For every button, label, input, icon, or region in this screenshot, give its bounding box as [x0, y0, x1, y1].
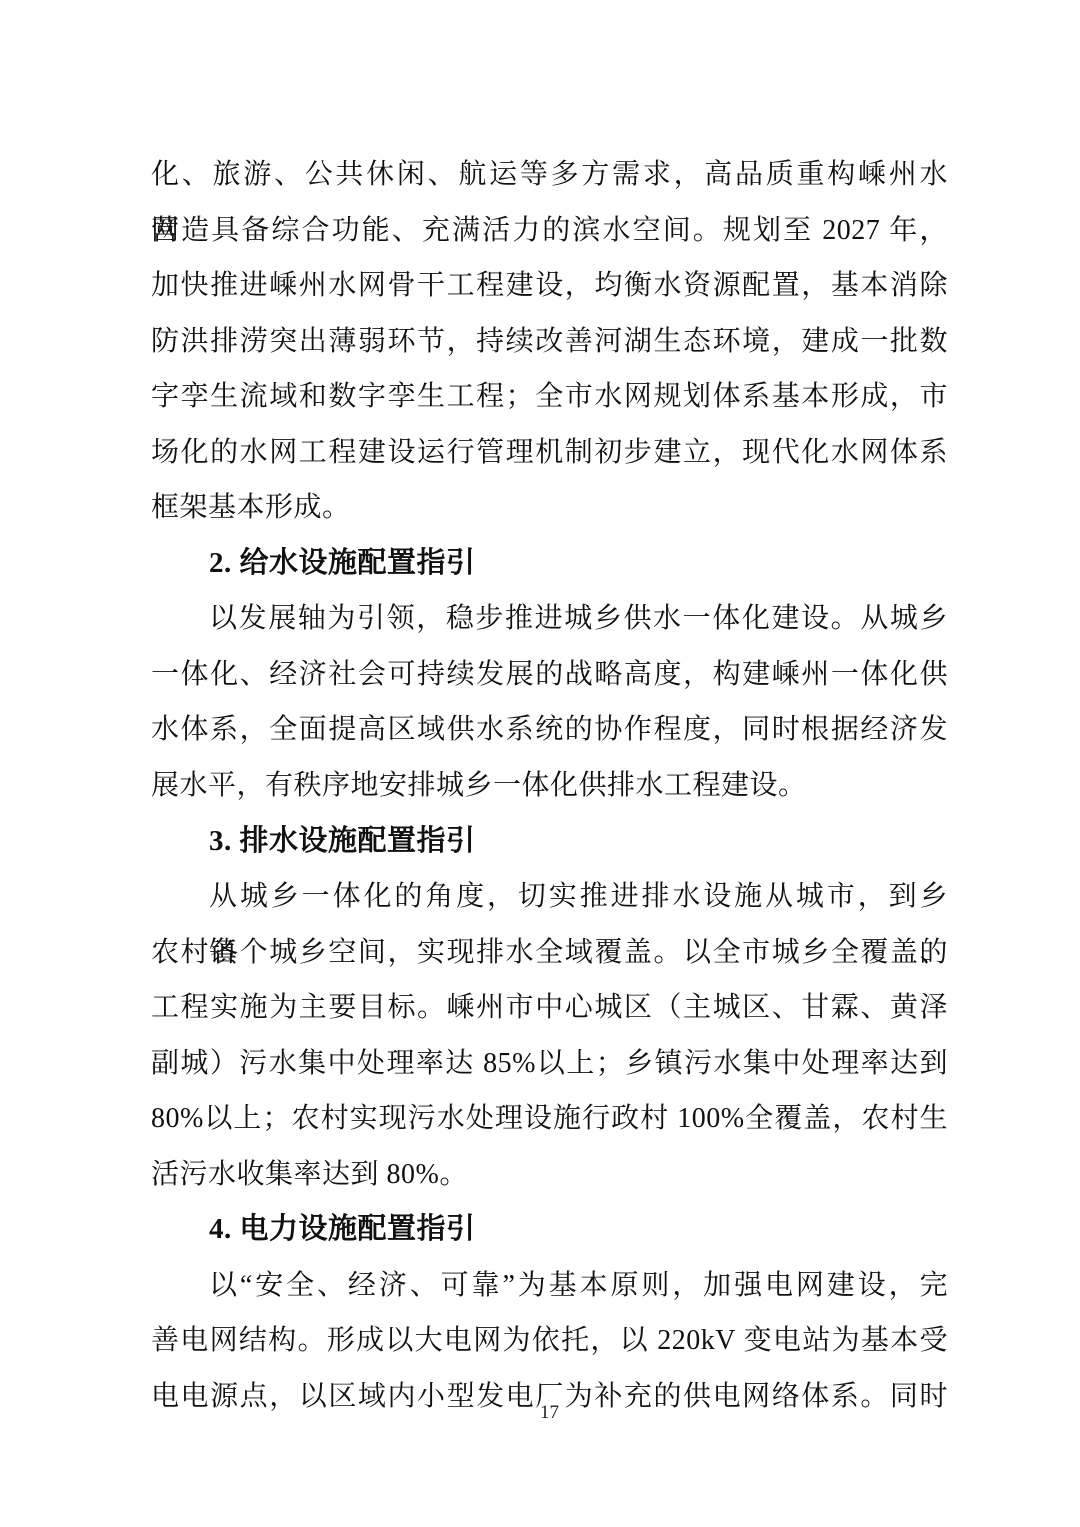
text-line: 工程实施为主要目标。嵊州市中心城区（主城区、甘霖、黄泽 — [151, 980, 948, 1036]
text-line: 化、旅游、公共休闲、航运等多方需求，高品质重构嵊州水网， — [151, 147, 948, 203]
text-line: 营造具备综合功能、充满活力的滨水空间。规划至 2027 年， — [151, 203, 948, 259]
text-line: 场化的水网工程建设运行管理机制初步建立，现代化水网体系 — [151, 425, 948, 481]
text-line: 从城乡一体化的角度，切实推进排水设施从城市，到乡镇、 — [151, 869, 948, 925]
text-line: 一体化、经济社会可持续发展的战略高度，构建嵊州一体化供 — [151, 647, 948, 703]
text-line: 框架基本形成。 — [151, 480, 948, 536]
text-line: 加快推进嵊州水网骨干工程建设，均衡水资源配置，基本消除 — [151, 258, 948, 314]
text-line: 善电网结构。形成以大电网为依托，以 220kV 变电站为基本受 — [151, 1313, 948, 1369]
section-heading: 4. 电力设施配置指引 — [151, 1202, 948, 1258]
page-body: 化、旅游、公共休闲、航运等多方需求，高品质重构嵊州水网，营造具备综合功能、充满活… — [151, 147, 948, 1425]
text-line: 水体系，全面提高区域供水系统的协作程度，同时根据经济发 — [151, 702, 948, 758]
text-line: 展水平，有秩序地安排城乡一体化供排水工程建设。 — [151, 758, 948, 814]
text-line: 农村各个城乡空间，实现排水全域覆盖。以全市城乡全覆盖的 — [151, 925, 948, 981]
text-line: 80%以上；农村实现污水处理设施行政村 100%全覆盖，农村生 — [151, 1091, 948, 1147]
text-line: 以“安全、经济、可靠”为基本原则，加强电网建设，完 — [151, 1258, 948, 1314]
text-line: 防洪排涝突出薄弱环节，持续改善河湖生态环境，建成一批数 — [151, 314, 948, 370]
text-line: 以发展轴为引领，稳步推进城乡供水一体化建设。从城乡 — [151, 591, 948, 647]
document-page: 化、旅游、公共休闲、航运等多方需求，高品质重构嵊州水网，营造具备综合功能、充满活… — [0, 0, 1080, 1527]
text-line: 活污水收集率达到 80%。 — [151, 1147, 948, 1203]
page-number: 17 — [151, 1402, 948, 1424]
text-line: 字孪生流域和数字孪生工程；全市水网规划体系基本形成，市 — [151, 369, 948, 425]
section-heading: 3. 排水设施配置指引 — [151, 814, 948, 870]
text-line: 副城）污水集中处理率达 85%以上；乡镇污水集中处理率达到 — [151, 1036, 948, 1092]
section-heading: 2. 给水设施配置指引 — [151, 536, 948, 592]
